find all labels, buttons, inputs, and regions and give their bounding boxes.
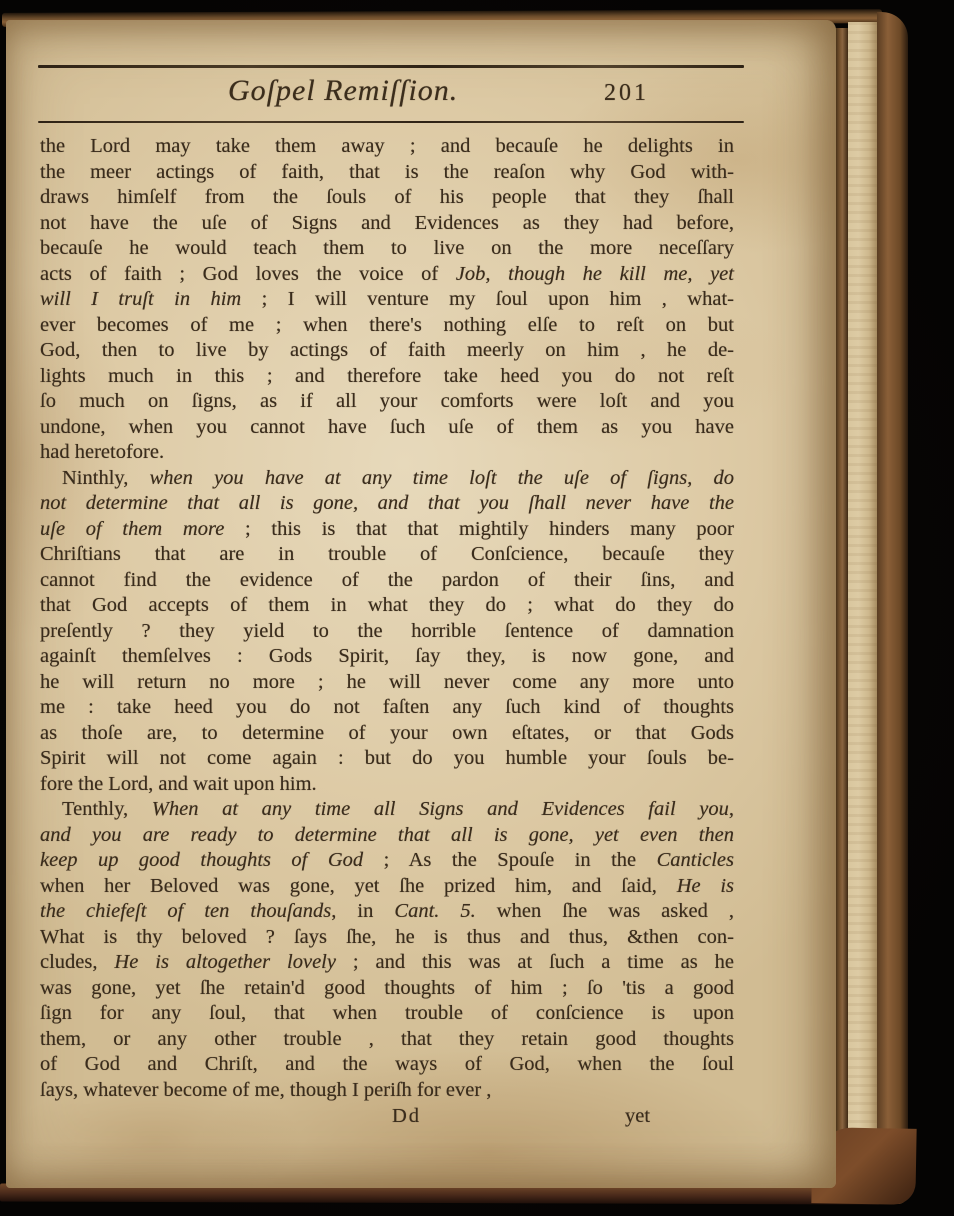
text-line: Tenthly, When at any time all Signs and …	[40, 797, 734, 823]
header-rule-bottom	[38, 121, 744, 123]
text-line: of God and Chriſt, and the ways of God, …	[40, 1052, 734, 1078]
text-line: and you are ready to determine that all …	[40, 823, 734, 849]
text-segment: , in	[331, 900, 394, 922]
page-footer: Dd yet	[40, 1103, 734, 1131]
text-segment: ; this is that that mightily hinders man…	[224, 518, 734, 540]
text-line: lights much in this ; and therefore take…	[40, 364, 734, 390]
italic-text-segment: keep up good thoughts of God	[40, 849, 363, 871]
text-segment: them, or any other trouble , that they r…	[40, 1028, 734, 1050]
book-page: Goſpel Remiſſion. 201 the Lord may take …	[6, 20, 836, 1188]
text-line: becauſe he would teach them to live on t…	[40, 236, 734, 262]
text-segment: when her Beloved was gone, yet ſhe prize…	[40, 875, 677, 897]
text-line: them, or any other trouble , that they r…	[40, 1027, 734, 1053]
italic-text-segment: Cant. 5.	[394, 900, 475, 922]
text-segment: of God and Chriſt, and the ways of God, …	[40, 1053, 734, 1075]
italic-text-segment: uſe of them more	[40, 518, 224, 540]
text-segment: the Lord may take them away ; and becauſ…	[40, 135, 734, 157]
italic-text-segment: He is	[677, 875, 734, 897]
running-head: Goſpel Remiſſion.	[228, 74, 458, 108]
text-line: the Lord may take them away ; and becauſ…	[40, 134, 734, 160]
text-segment: as thoſe are, to determine of your own e…	[40, 722, 734, 744]
text-segment: that God accepts of them in what they do…	[40, 594, 734, 616]
text-line: was gone, yet ſhe retain'd good thoughts…	[40, 976, 734, 1002]
text-segment: he will return no more ; he will never c…	[40, 671, 734, 693]
text-segment: me : take heed you do not faſten any ſuc…	[40, 696, 734, 718]
text-block: the Lord may take them away ; and becauſ…	[40, 134, 734, 1103]
italic-text-segment: He is altogether lovely	[114, 951, 336, 973]
text-line: he will return no more ; he will never c…	[40, 670, 734, 696]
text-segment: Ninthly,	[62, 467, 150, 489]
underlying-pages-edge	[848, 22, 878, 1190]
text-line: ſays, whatever become of me, though I pe…	[40, 1078, 734, 1104]
text-line: not have the uſe of Signs and Evidences …	[40, 211, 734, 237]
page-edge-strip	[834, 28, 848, 1186]
text-segment: acts of faith ; God loves the voice of	[40, 263, 456, 285]
text-line: Chriſtians that are in trouble of Conſci…	[40, 542, 734, 568]
text-segment: lights much in this ; and therefore take…	[40, 365, 734, 387]
italic-text-segment: will I truſt in him	[40, 288, 241, 310]
text-segment: draws himſelf from the ſouls of his peop…	[40, 186, 734, 208]
text-line: the meer actings of faith, that is the r…	[40, 160, 734, 186]
text-line: againſt themſelves : Gods Spirit, ſay th…	[40, 644, 734, 670]
italic-text-segment: When at any time all Signs and Evidences…	[152, 798, 734, 820]
text-segment: cludes,	[40, 951, 114, 973]
italic-text-segment: Canticles	[657, 849, 734, 871]
text-line: undone, when you cannot have ſuch uſe of…	[40, 415, 734, 441]
text-line: ever becomes of me ; when there's nothin…	[40, 313, 734, 339]
text-line: acts of faith ; God loves the voice of J…	[40, 262, 734, 288]
italic-text-segment: and you are ready to determine that all …	[40, 824, 734, 846]
text-segment: becauſe he would teach them to live on t…	[40, 237, 734, 259]
text-segment: Spirit will not come again : but do you …	[40, 747, 734, 769]
text-segment: Tenthly,	[62, 798, 152, 820]
text-line: cannot find the evidence of the pardon o…	[40, 568, 734, 594]
text-line: preſently ? they yield to the horrible ſ…	[40, 619, 734, 645]
text-segment: undone, when you cannot have ſuch uſe of…	[40, 416, 734, 438]
photo-background: { "book": { "running_head": "Goſpel Remi…	[0, 0, 954, 1216]
catchword: yet	[625, 1105, 650, 1128]
text-segment: was gone, yet ſhe retain'd good thoughts…	[40, 977, 734, 999]
text-segment: preſently ? they yield to the horrible ſ…	[40, 620, 734, 642]
text-line: God, then to live by actings of faith me…	[40, 338, 734, 364]
text-segment: Chriſtians that are in trouble of Conſci…	[40, 543, 734, 565]
text-line: me : take heed you do not faſten any ſuc…	[40, 695, 734, 721]
text-line: the chiefeſt of ten thouſands, in Cant. …	[40, 899, 734, 925]
text-segment: not have the uſe of Signs and Evidences …	[40, 212, 734, 234]
page-header: Goſpel Remiſſion. 201	[6, 68, 836, 121]
italic-text-segment: when you have at any time loſt the uſe o…	[150, 467, 734, 489]
text-segment: ; and this was at ſuch a time as he	[336, 951, 734, 973]
text-line: Spirit will not come again : but do you …	[40, 746, 734, 772]
text-segment: ſign for any ſoul, that when trouble of …	[40, 1002, 734, 1024]
text-line: draws himſelf from the ſouls of his peop…	[40, 185, 734, 211]
text-line: cludes, He is altogether lovely ; and th…	[40, 950, 734, 976]
text-segment: the meer actings of faith, that is the r…	[40, 161, 734, 183]
text-line: had heretofore.	[40, 440, 734, 466]
text-line: will I truſt in him ; I will venture my …	[40, 287, 734, 313]
text-line: fore the Lord, and wait upon him.	[40, 772, 734, 798]
italic-text-segment: not determine that all is gone, and that…	[40, 492, 734, 514]
text-segment: when ſhe was asked ,	[476, 900, 734, 922]
text-segment: had heretofore.	[40, 441, 164, 463]
text-segment: God, then to live by actings of faith me…	[40, 339, 734, 361]
text-line: ſign for any ſoul, that when trouble of …	[40, 1001, 734, 1027]
scanned-book-photo: Goſpel Remiſſion. 201 the Lord may take …	[0, 0, 954, 1216]
leather-cover-edge	[877, 12, 908, 1204]
text-line: keep up good thoughts of God ; As the Sp…	[40, 848, 734, 874]
text-line: as thoſe are, to determine of your own e…	[40, 721, 734, 747]
text-segment: ever becomes of me ; when there's nothin…	[40, 314, 734, 336]
text-line: uſe of them more ; this is that that mig…	[40, 517, 734, 543]
text-line: What is thy beloved ? ſays ſhe, he is th…	[40, 925, 734, 951]
text-segment: ſays, whatever become of me, though I pe…	[40, 1079, 491, 1101]
text-line: when her Beloved was gone, yet ſhe prize…	[40, 874, 734, 900]
text-segment: fore the Lord, and wait upon him.	[40, 773, 317, 795]
text-line: Ninthly, when you have at any time loſt …	[40, 466, 734, 492]
text-line: that God accepts of them in what they do…	[40, 593, 734, 619]
text-segment: What is thy beloved ? ſays ſhe, he is th…	[40, 926, 734, 948]
text-segment: againſt themſelves : Gods Spirit, ſay th…	[40, 645, 734, 667]
text-segment: ; As the Spouſe in the	[363, 849, 656, 871]
text-segment: cannot find the evidence of the pardon o…	[40, 569, 734, 591]
text-segment: ; I will venture my ſoul upon him , what…	[241, 288, 734, 310]
text-line: ſo much on ſigns, as if all your comfort…	[40, 389, 734, 415]
italic-text-segment: the chiefeſt of ten thouſands	[40, 900, 331, 922]
signature-mark: Dd	[392, 1105, 421, 1128]
page-number: 201	[604, 80, 649, 107]
text-segment: ſo much on ſigns, as if all your comfort…	[40, 390, 734, 412]
text-line: not determine that all is gone, and that…	[40, 491, 734, 517]
italic-text-segment: Job, though he kill me, yet	[456, 263, 734, 285]
